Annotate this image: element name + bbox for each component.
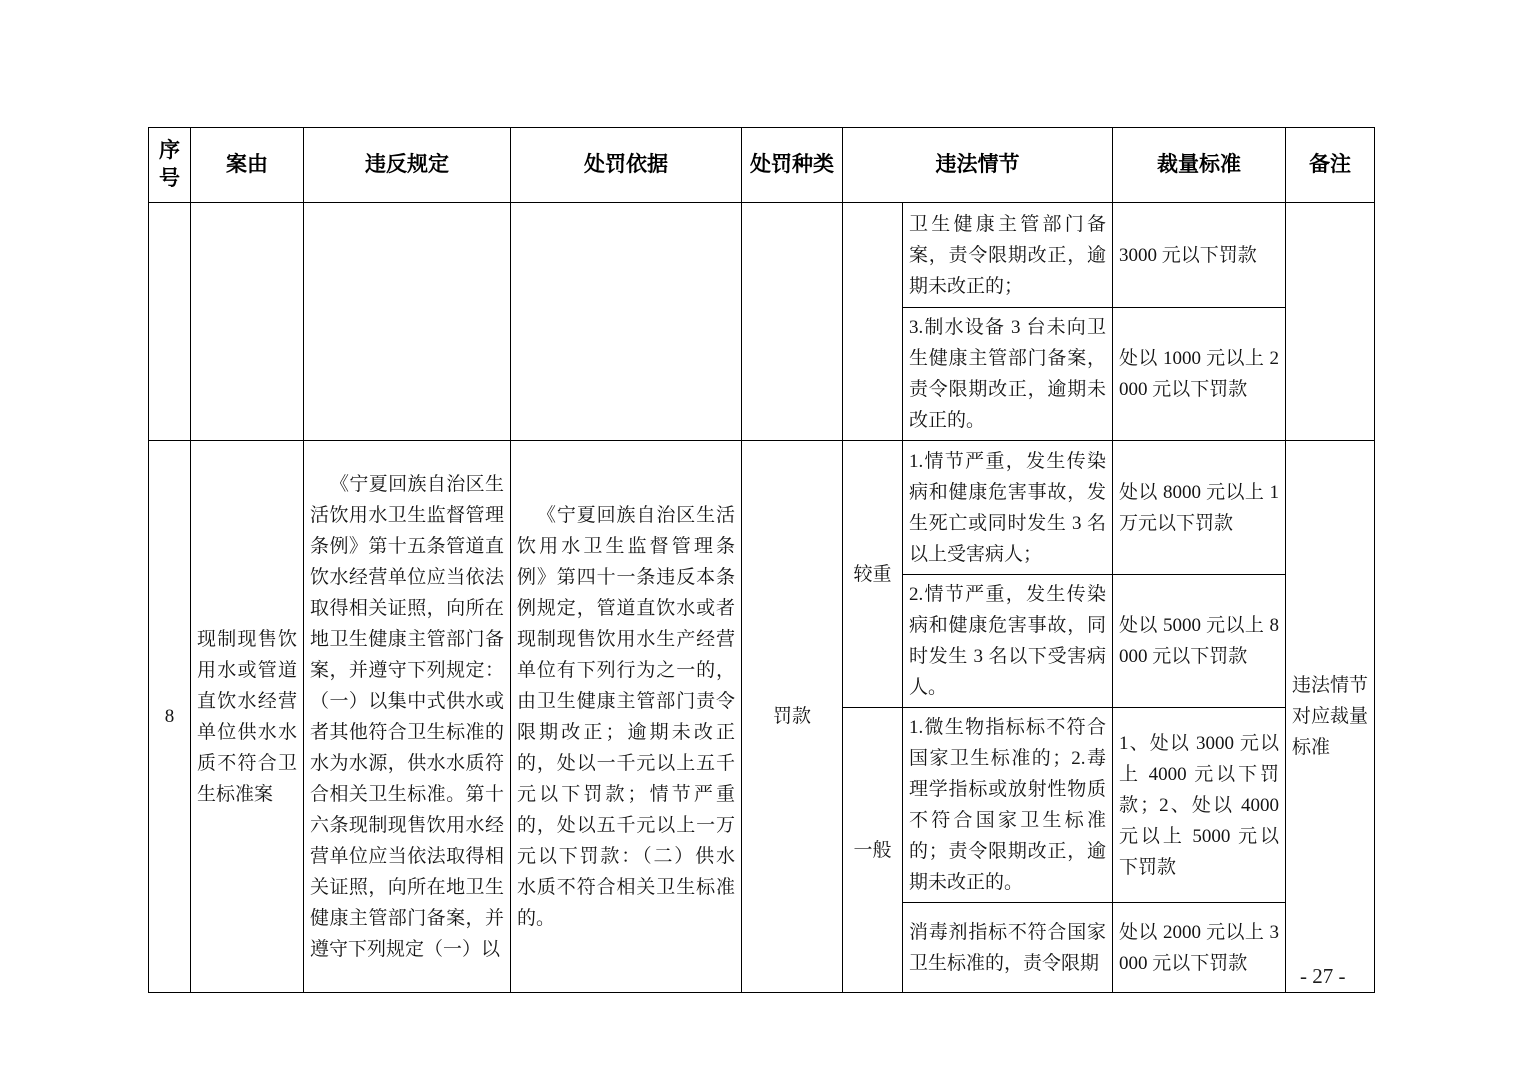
penalty-discretion-table: 序号 案由 违反规定 处罚依据 处罚种类 违法情节 裁量标准 备注 卫生健康主管… (148, 127, 1375, 993)
carryover-case-cell (191, 203, 304, 441)
carryover-subrow-1: 卫生健康主管部门备案，责令限期改正，逾期未改正的； 3000 元以下罚款 (149, 203, 1375, 308)
document-page: { "page": { "number_label": "- 27 -" }, … (0, 0, 1520, 1074)
header-circumstance: 违法情节 (843, 128, 1113, 203)
carryover-basis-cell (511, 203, 742, 441)
carryover-penalty-type-cell (742, 203, 843, 441)
row8-basis: 《宁夏回族自治区生活饮用水卫生监督管理条例》第四十一条违反本条例规定，管道直饮水… (511, 441, 742, 993)
row8-standard-general-2: 处以 2000 元以上 3000 元以下罚款 (1113, 903, 1286, 993)
page-number: - 27 - (1300, 964, 1346, 989)
row8-severity-moderate: 较重 (843, 441, 903, 708)
row8-circumstance-general-2: 消毒剂指标不符合国家卫生标准的，责令限期 (903, 903, 1113, 993)
row8-seq: 8 (149, 441, 191, 993)
row8-circumstance-moderate-2: 2.情节严重，发生传染病和健康危害事故，同时发生 3 名以下受害病人。 (903, 575, 1113, 708)
carryover-seq-cell (149, 203, 191, 441)
header-case: 案由 (191, 128, 304, 203)
row8-standard-moderate-2: 处以 5000 元以上 8000 元以下罚款 (1113, 575, 1286, 708)
carryover-remark-cell (1286, 203, 1375, 441)
row8-circumstance-general-1: 1.微生物指标标不符合国家卫生标准的；2.毒理学指标或放射性物质不符合国家卫生标… (903, 708, 1113, 903)
carryover-standard-1: 3000 元以下罚款 (1113, 203, 1286, 308)
header-regulation: 违反规定 (304, 128, 511, 203)
carryover-standard-2: 处以 1000 元以上 2000 元以下罚款 (1113, 308, 1286, 441)
header-penalty-type: 处罚种类 (742, 128, 843, 203)
carryover-circumstance-2: 3.制水设备 3 台未向卫生健康主管部门备案，责令限期改正，逾期未改正的。 (903, 308, 1113, 441)
row8-standard-moderate-1: 处以 8000 元以上 1 万元以下罚款 (1113, 441, 1286, 575)
row8-severity-general: 一般 (843, 708, 903, 993)
row8-subrow-1: 8 现制现售饮用水或管道直饮水经营单位供水水质不符合卫生标准案 《宁夏回族自治区… (149, 441, 1375, 575)
header-seq: 序号 (149, 128, 191, 203)
header-standard: 裁量标准 (1113, 128, 1286, 203)
carryover-severity-cell (843, 203, 903, 441)
carryover-regulation-cell (304, 203, 511, 441)
header-remark: 备注 (1286, 128, 1375, 203)
header-row: 序号 案由 违反规定 处罚依据 处罚种类 违法情节 裁量标准 备注 (149, 128, 1375, 203)
row8-regulation: 《宁夏回族自治区生活饮用水卫生监督管理条例》第十五条管道直饮水经营单位应当依法取… (304, 441, 511, 993)
carryover-circumstance-1: 卫生健康主管部门备案，责令限期改正，逾期未改正的； (903, 203, 1113, 308)
row8-standard-general-1: 1、处以 3000 元以上 4000 元以下罚款；2、处以 4000 元以上 5… (1113, 708, 1286, 903)
row8-penalty-type: 罚款 (742, 441, 843, 993)
row8-remark: 违法情节对应裁量标准 (1286, 441, 1375, 993)
row8-case: 现制现售饮用水或管道直饮水经营单位供水水质不符合卫生标准案 (191, 441, 304, 993)
row8-circumstance-moderate-1: 1.情节严重，发生传染病和健康危害事故，发生死亡或同时发生 3 名以上受害病人； (903, 441, 1113, 575)
header-basis: 处罚依据 (511, 128, 742, 203)
